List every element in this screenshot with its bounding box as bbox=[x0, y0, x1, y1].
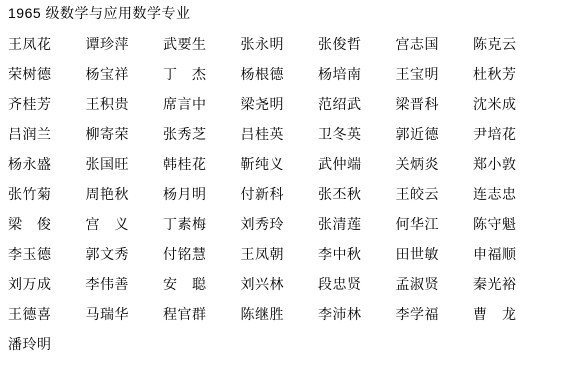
name-cell: 刘万成 bbox=[8, 277, 86, 292]
name-cell: 李沛林 bbox=[318, 307, 396, 322]
name-cell: 靳纯义 bbox=[241, 157, 319, 172]
name-cell: 武仲端 bbox=[318, 157, 396, 172]
name-cell: 何华江 bbox=[396, 217, 474, 232]
name-cell: 李中秋 bbox=[318, 247, 396, 262]
name-cell: 柳寄荣 bbox=[86, 127, 164, 142]
name-cell: 张国旺 bbox=[86, 157, 164, 172]
name-cell: 席言中 bbox=[163, 97, 241, 112]
name-cell: 吕桂英 bbox=[241, 127, 319, 142]
name-cell: 张清莲 bbox=[318, 217, 396, 232]
name-cell: 王凤花 bbox=[8, 37, 86, 52]
name-cell: 关炳炎 bbox=[396, 157, 474, 172]
name-cell: 张丕秋 bbox=[318, 187, 396, 202]
name-cell: 曹 龙 bbox=[473, 307, 551, 322]
name-cell: 王积贵 bbox=[86, 97, 164, 112]
name-cell: 杨永盛 bbox=[8, 157, 86, 172]
name-cell: 陈克云 bbox=[473, 37, 551, 52]
name-cell: 李伟善 bbox=[86, 277, 164, 292]
name-cell: 张竹菊 bbox=[8, 187, 86, 202]
name-cell: 吕润兰 bbox=[8, 127, 86, 142]
name-cell: 杨根德 bbox=[241, 67, 319, 82]
name-cell: 丁 杰 bbox=[163, 67, 241, 82]
name-cell: 王凤朝 bbox=[241, 247, 319, 262]
name-cell: 陈继胜 bbox=[241, 307, 319, 322]
name-cell: 范绍武 bbox=[318, 97, 396, 112]
name-cell: 杜秋芳 bbox=[473, 67, 551, 82]
name-cell: 连志忠 bbox=[473, 187, 551, 202]
name-cell: 郭文秀 bbox=[86, 247, 164, 262]
name-cell: 周艳秋 bbox=[86, 187, 164, 202]
name-cell: 宫志国 bbox=[396, 37, 474, 52]
name-cell: 程官群 bbox=[163, 307, 241, 322]
name-cell: 梁晋科 bbox=[396, 97, 474, 112]
name-cell: 李学福 bbox=[396, 307, 474, 322]
document-page: 1965 级数学与应用数学专业 王凤花谭珍萍武要生张永明张俊哲宫志国陈克云荣树德… bbox=[0, 0, 580, 369]
name-cell: 孟淑贤 bbox=[396, 277, 474, 292]
name-cell: 刘兴林 bbox=[241, 277, 319, 292]
name-cell: 马瑞华 bbox=[86, 307, 164, 322]
name-cell: 宫 义 bbox=[86, 217, 164, 232]
name-cell: 梁 俊 bbox=[8, 217, 86, 232]
name-cell: 杨培南 bbox=[318, 67, 396, 82]
name-cell: 王德喜 bbox=[8, 307, 86, 322]
name-cell: 付新科 bbox=[241, 187, 319, 202]
name-cell: 陈守魁 bbox=[473, 217, 551, 232]
name-cell: 张永明 bbox=[241, 37, 319, 52]
name-cell: 韩桂花 bbox=[163, 157, 241, 172]
name-cell: 王皎云 bbox=[396, 187, 474, 202]
page-title: 1965 级数学与应用数学专业 bbox=[8, 5, 580, 21]
name-cell: 付铭慧 bbox=[163, 247, 241, 262]
name-cell: 秦光裕 bbox=[473, 277, 551, 292]
name-cell: 安 聪 bbox=[163, 277, 241, 292]
name-cell: 申福顺 bbox=[473, 247, 551, 262]
name-cell: 谭珍萍 bbox=[86, 37, 164, 52]
name-cell: 武要生 bbox=[163, 37, 241, 52]
name-cell: 段忠贤 bbox=[318, 277, 396, 292]
name-cell: 刘秀玲 bbox=[241, 217, 319, 232]
name-cell: 张秀芝 bbox=[163, 127, 241, 142]
name-cell: 梁尧明 bbox=[241, 97, 319, 112]
name-cell: 齐桂芳 bbox=[8, 97, 86, 112]
name-cell: 尹培花 bbox=[473, 127, 551, 142]
name-cell: 田世敏 bbox=[396, 247, 474, 262]
name-cell: 荣树德 bbox=[8, 67, 86, 82]
name-cell: 丁素梅 bbox=[163, 217, 241, 232]
name-cell: 郭近德 bbox=[396, 127, 474, 142]
name-cell: 杨月明 bbox=[163, 187, 241, 202]
name-cell: 李玉德 bbox=[8, 247, 86, 262]
name-grid: 王凤花谭珍萍武要生张永明张俊哲宫志国陈克云荣树德杨宝祥丁 杰杨根德杨培南王宝明杜… bbox=[8, 37, 580, 367]
name-cell: 杨宝祥 bbox=[86, 67, 164, 82]
name-cell: 潘玲明 bbox=[8, 337, 86, 352]
name-cell: 卫冬英 bbox=[318, 127, 396, 142]
name-cell: 张俊哲 bbox=[318, 37, 396, 52]
name-cell: 沈米成 bbox=[473, 97, 551, 112]
name-cell: 王宝明 bbox=[396, 67, 474, 82]
name-cell: 郑小敦 bbox=[473, 157, 551, 172]
